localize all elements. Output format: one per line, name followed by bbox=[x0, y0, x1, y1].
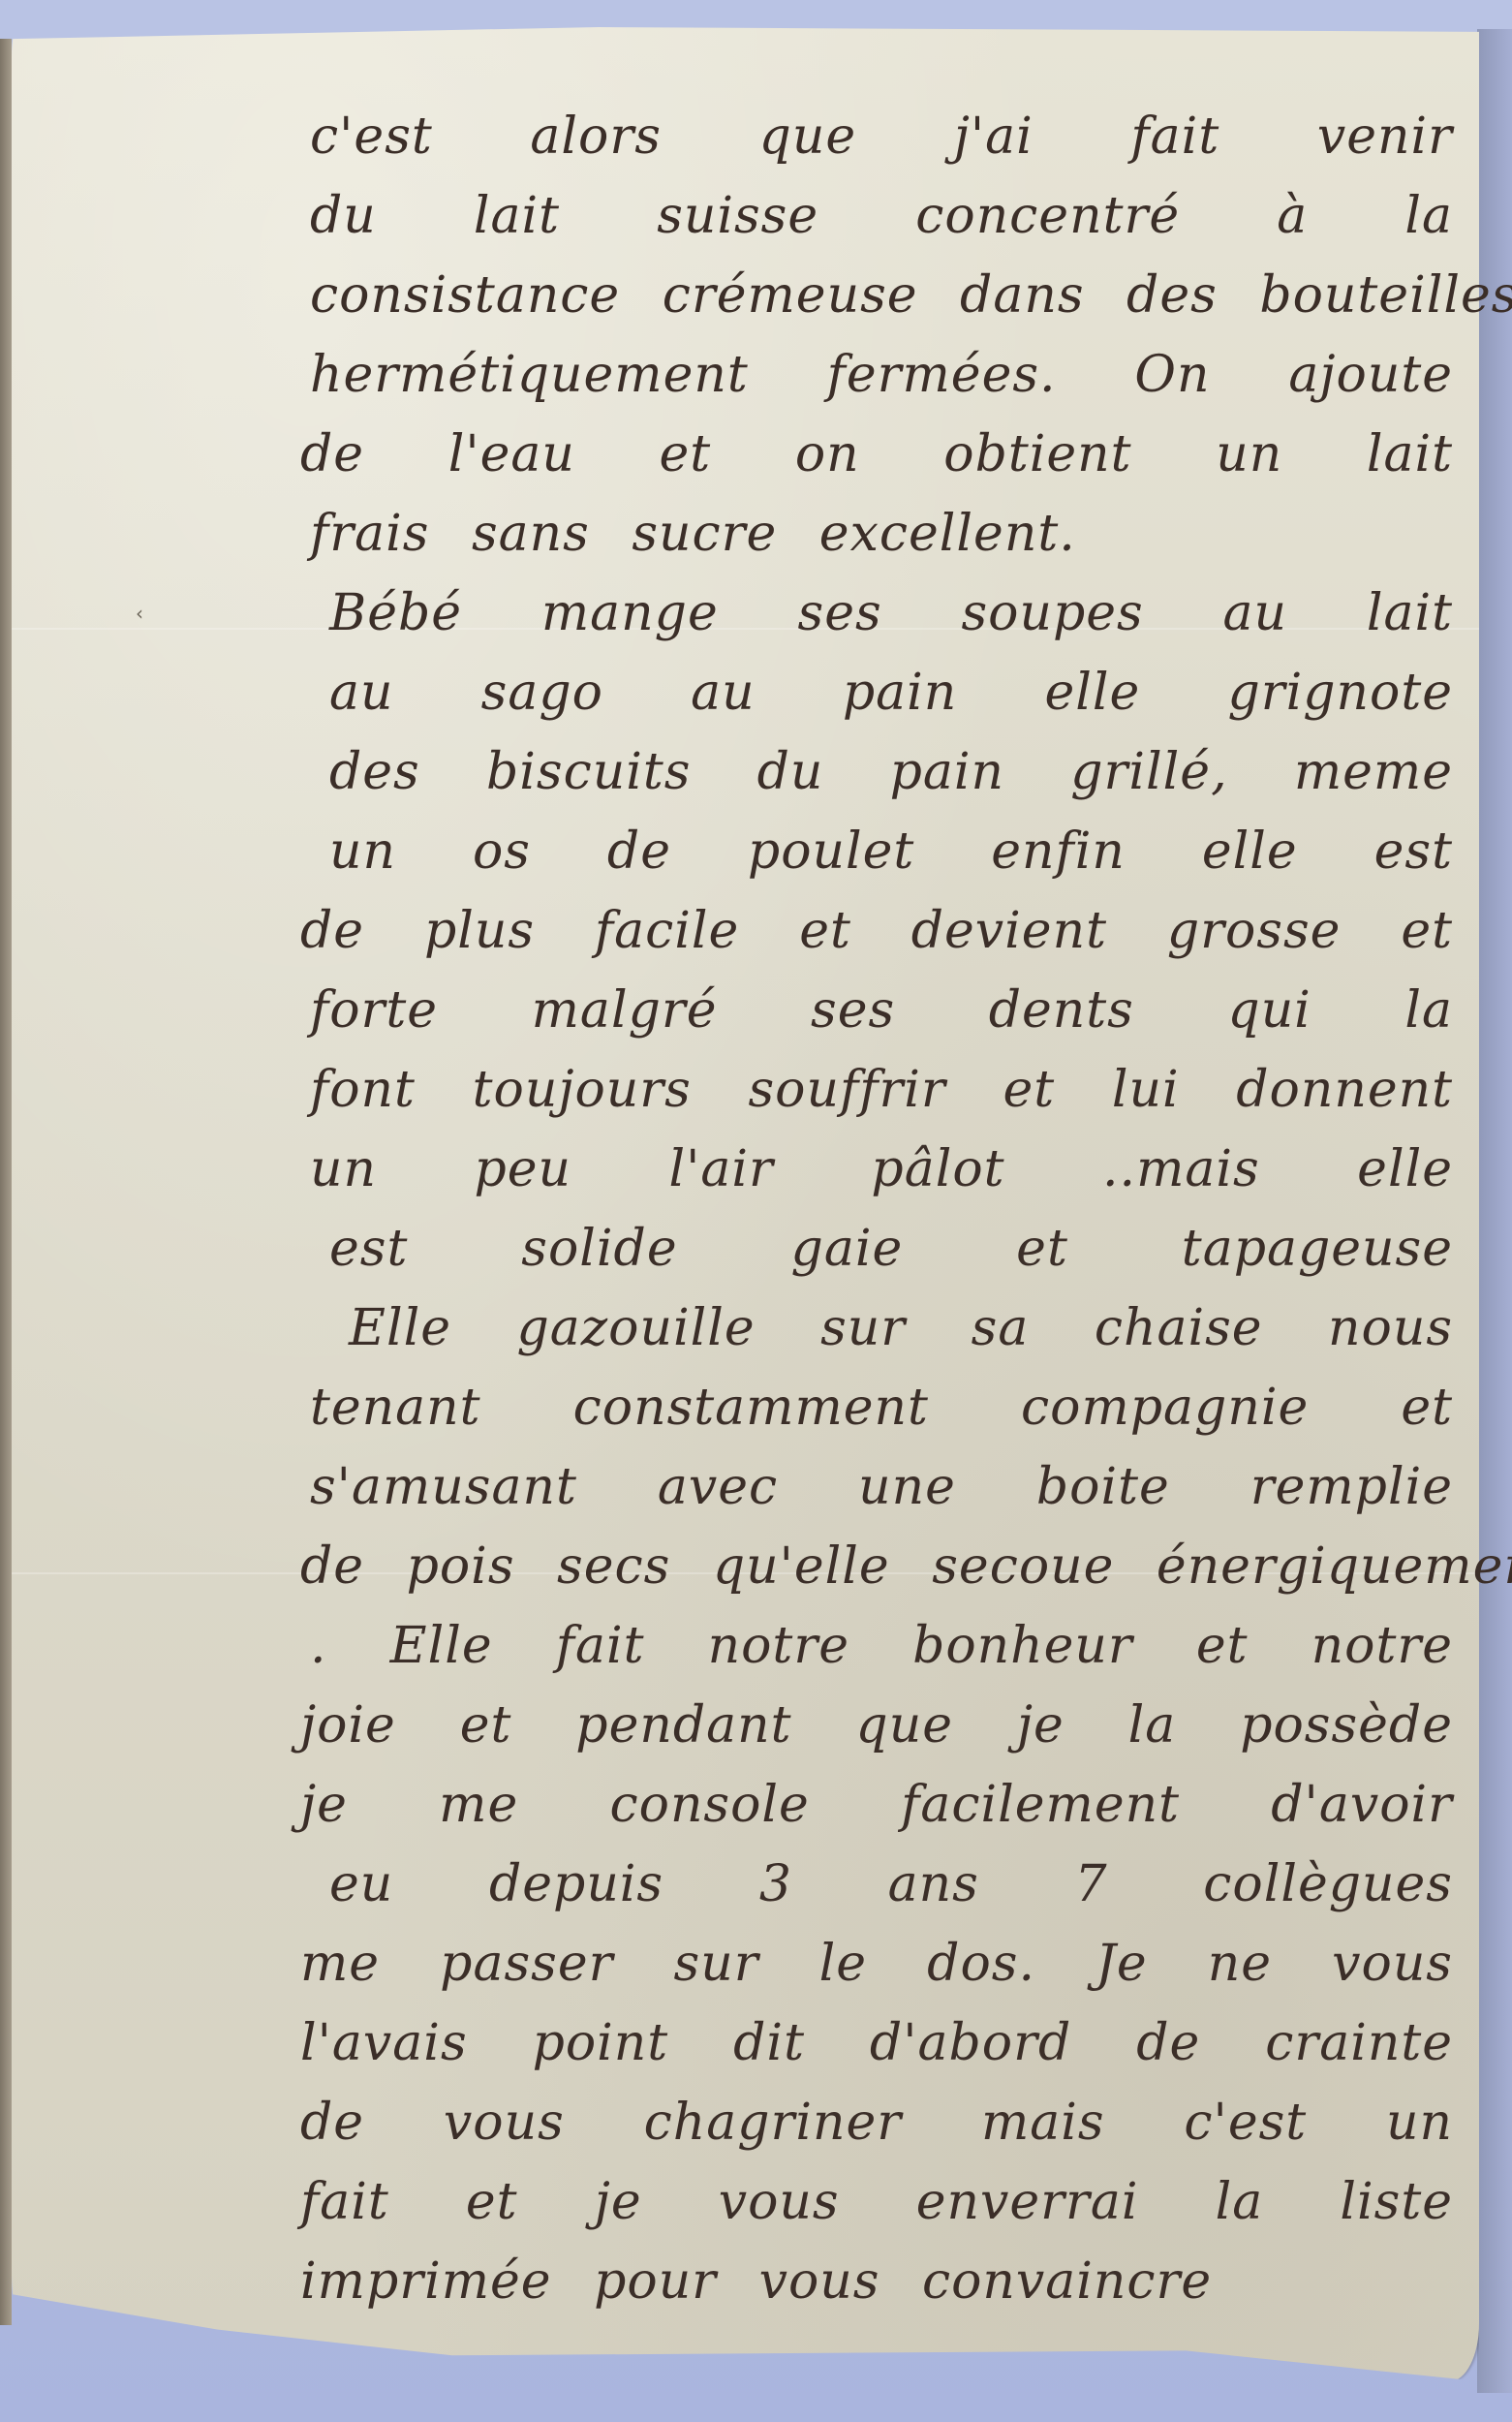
text-line: un os de poulet enfin elle est bbox=[310, 812, 1453, 891]
text-line: eu depuis 3 ans 7 collègues bbox=[310, 1845, 1453, 1924]
handwritten-text: c'est alors que j'ai fait venir du lait … bbox=[310, 97, 1453, 2321]
text-line: . Elle fait notre bonheur et notre bbox=[310, 1606, 1453, 1686]
text-line: fait et je vous enverrai la liste bbox=[300, 2162, 1453, 2242]
text-line: est solide gaie et tapageuse bbox=[310, 1209, 1453, 1289]
text-line: s'amusant avec une boite remplie bbox=[310, 1447, 1453, 1527]
text-line: frais sans sucre excellent. bbox=[310, 494, 1453, 574]
text-line: font toujours souffrir et lui donnent bbox=[310, 1050, 1453, 1130]
text-line: je me console facilement d'avoir bbox=[300, 1765, 1453, 1845]
text-line: de plus facile et devient grosse et bbox=[300, 891, 1453, 971]
text-line: Bébé mange ses soupes au lait bbox=[310, 574, 1453, 653]
text-line: me passer sur le dos. Je ne vous bbox=[300, 1924, 1453, 2003]
text-line: consistance crémeuse dans des bouteilles bbox=[310, 256, 1453, 335]
text-line: imprimée pour vous convaincre bbox=[300, 2242, 1453, 2321]
text-line: joie et pendant que je la possède bbox=[300, 1686, 1453, 1765]
text-line: c'est alors que j'ai fait venir bbox=[310, 97, 1453, 176]
text-line: des biscuits du pain grillé, meme bbox=[310, 732, 1453, 812]
text-line: l'avais point dit d'abord de crainte bbox=[300, 2003, 1453, 2083]
text-line: forte malgré ses dents qui la bbox=[310, 971, 1453, 1050]
backdrop-shadow bbox=[1477, 29, 1512, 2393]
text-line: Elle gazouille sur sa chaise nous bbox=[310, 1289, 1453, 1368]
text-line: du lait suisse concentré à la bbox=[310, 176, 1453, 256]
text-line: de pois secs qu'elle secoue énergiquemen… bbox=[300, 1527, 1453, 1606]
text-line: un peu l'air pâlot ..mais elle bbox=[310, 1130, 1453, 1209]
margin-mark: ‹ bbox=[136, 602, 143, 625]
text-line: hermétiquement fermées. On ajoute bbox=[310, 335, 1453, 415]
text-line: de l'eau et on obtient un lait bbox=[300, 415, 1453, 494]
text-line: au sago au pain elle grignote bbox=[310, 653, 1453, 732]
binding-edge bbox=[0, 39, 12, 2325]
text-line: tenant constamment compagnie et bbox=[310, 1368, 1453, 1447]
text-line: de vous chagriner mais c'est un bbox=[300, 2083, 1453, 2162]
